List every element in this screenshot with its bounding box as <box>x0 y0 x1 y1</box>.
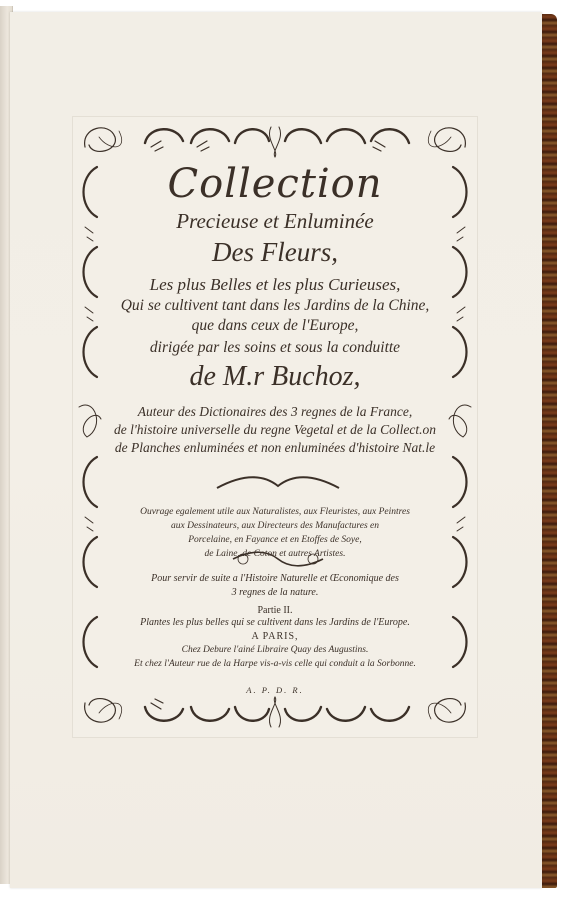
calligraphic-border-top <box>79 117 471 161</box>
part-title: Plantes les plus belles qui se cultivent… <box>103 617 447 628</box>
book-page: Collection Precieuse et Enluminée Des Fl… <box>10 12 542 888</box>
calligraphic-border-left <box>75 157 105 687</box>
subtitle-precieuse: Precieuse et Enluminée <box>103 209 447 234</box>
title: Collection <box>103 161 447 207</box>
servir-paragraph: Pour servir de suite a l'Histoire Nature… <box>103 572 447 600</box>
flourish-divider-small <box>213 547 343 571</box>
servir-line-1: Pour servir de suite a l'Histoire Nature… <box>103 572 447 586</box>
calligraphic-border-right <box>445 157 475 687</box>
book-binding-edge <box>541 14 557 888</box>
engraved-plate: Collection Precieuse et Enluminée Des Fl… <box>72 116 478 738</box>
publisher-line-2: Et chez l'Auteur rue de la Harpe vis-a-v… <box>103 659 447 669</box>
ouvrage-line-1: Ouvrage egalement utile aux Naturalistes… <box>103 505 447 519</box>
publisher-line-1: Chez Debure l'ainé Libraire Quay des Aug… <box>103 645 447 655</box>
author-name: de M.r Buchoz, <box>103 361 447 393</box>
servir-line-2: 3 regnes de la nature. <box>103 586 447 600</box>
part-number: Partie II. <box>103 605 447 616</box>
title-line-1: Les plus Belles et les plus Curieuses, <box>103 275 447 295</box>
title-line-4: dirigée par les soins et sous la conduit… <box>103 339 447 357</box>
subtitle-des-fleurs: Des Fleurs, <box>103 237 447 268</box>
ouvrage-line-2: aux Dessinateurs, aux Directeurs des Man… <box>103 519 447 533</box>
ouvrage-line-3: Porcelaine, en Fayance et en Etoffes de … <box>103 533 447 547</box>
author-credentials: Auteur des Dictionaires des 3 regnes de … <box>103 403 447 457</box>
place-of-publication: A PARIS, <box>103 631 447 642</box>
credential-line-2: de l'histoire universelle du regne Veget… <box>103 421 447 439</box>
privilege-mark: A. P. D. R. <box>103 685 447 695</box>
credential-line-1: Auteur des Dictionaires des 3 regnes de … <box>103 403 447 421</box>
flourish-divider <box>213 472 343 496</box>
title-line-3: que dans ceux de l'Europe, <box>103 317 447 335</box>
title-line-2: Qui se cultivent tant dans les Jardins d… <box>103 297 447 315</box>
credential-line-3: de Planches enluminées et non enluminées… <box>103 439 447 457</box>
